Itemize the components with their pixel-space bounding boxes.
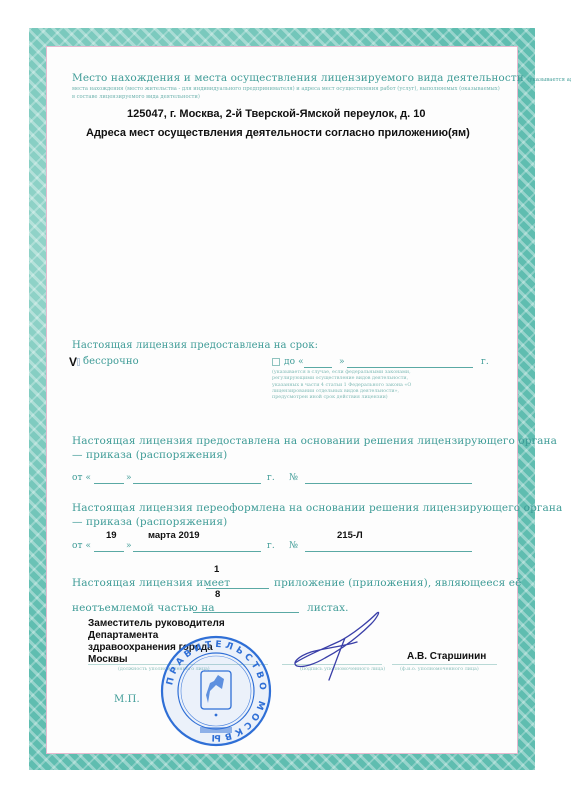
signer-name: А.В. Старшинин [407,651,486,662]
reissued-month-year-field[interactable] [133,551,261,552]
seal-label: М.П. [114,694,140,705]
reissued-number-field[interactable] [305,551,472,552]
granted-month-year-field[interactable] [133,483,261,484]
reissued-year-suffix: г. [267,541,275,551]
until-prefix: до « [284,357,304,367]
indefinite-checkbox-checked[interactable]: V [69,355,77,369]
address-heading-text: Место нахождения и места осуществления л… [72,72,524,84]
granted-line2: — приказа (распоряжения) [72,449,227,461]
reissued-day: 19 [106,530,117,541]
signer-position-line: Заместитель руководителя [88,618,225,630]
appendix-count: 1 [214,564,219,575]
handwritten-signature-icon [285,608,385,688]
term-heading: Настоящая лицензия предоставлена на срок… [72,340,318,351]
until-month-year-field[interactable] [347,367,473,368]
reissued-number-label: № [289,540,298,551]
reissued-day-field[interactable] [94,551,124,552]
indefinite-checkbox-box [77,358,80,366]
granted-number-field[interactable] [305,483,472,484]
appendix-line1-suffix: приложение (приложения), являющееся её [274,577,521,589]
name-line [392,664,497,665]
until-quote-close: » [339,357,345,367]
until-date-checkbox[interactable] [272,358,280,366]
reissued-quote-close: » [126,541,132,551]
reissued-number: 215-Л [337,530,363,541]
granted-number-label: № [289,472,298,483]
granted-from-label: от « [72,473,91,483]
indefinite-label: бессрочно [83,356,139,367]
reissued-month-year: марта 2019 [148,530,200,541]
reissued-line2: — приказа (распоряжения) [72,516,227,528]
address-note-start: (указывается адрес [527,77,571,83]
granted-line1: Настоящая лицензия предоставлена на осно… [72,435,557,447]
granted-quote-close: » [126,473,132,483]
license-address: 125047, г. Москва, 2-й Тверской-Ямской п… [127,108,425,120]
granted-day-field[interactable] [94,483,124,484]
appendix-sheets-field[interactable] [193,612,299,613]
reissued-line1: Настоящая лицензия переоформлена на осно… [72,502,562,514]
appendix-sheets: 8 [215,589,220,600]
address-heading: Место нахождения и места осуществления л… [72,72,571,84]
address-note-line2: места нахождения (место жительства - для… [72,86,517,93]
reissued-from-label: от « [72,541,91,551]
until-note: (указывается в случае, если федеральными… [272,370,422,401]
until-year-suffix: г. [481,357,489,367]
official-stamp-icon: ПРАВИТЕЛЬСТВО МОСКВЫ [160,635,272,747]
activity-places: Адреса мест осуществления деятельности с… [86,127,470,139]
address-note-line3: в составе лицензируемого вида деятельнос… [72,94,200,101]
granted-year-suffix: г. [267,473,275,483]
name-caption: (ф.и.о. уполномоченного лица) [400,667,479,672]
until-day-field[interactable] [304,367,332,368]
